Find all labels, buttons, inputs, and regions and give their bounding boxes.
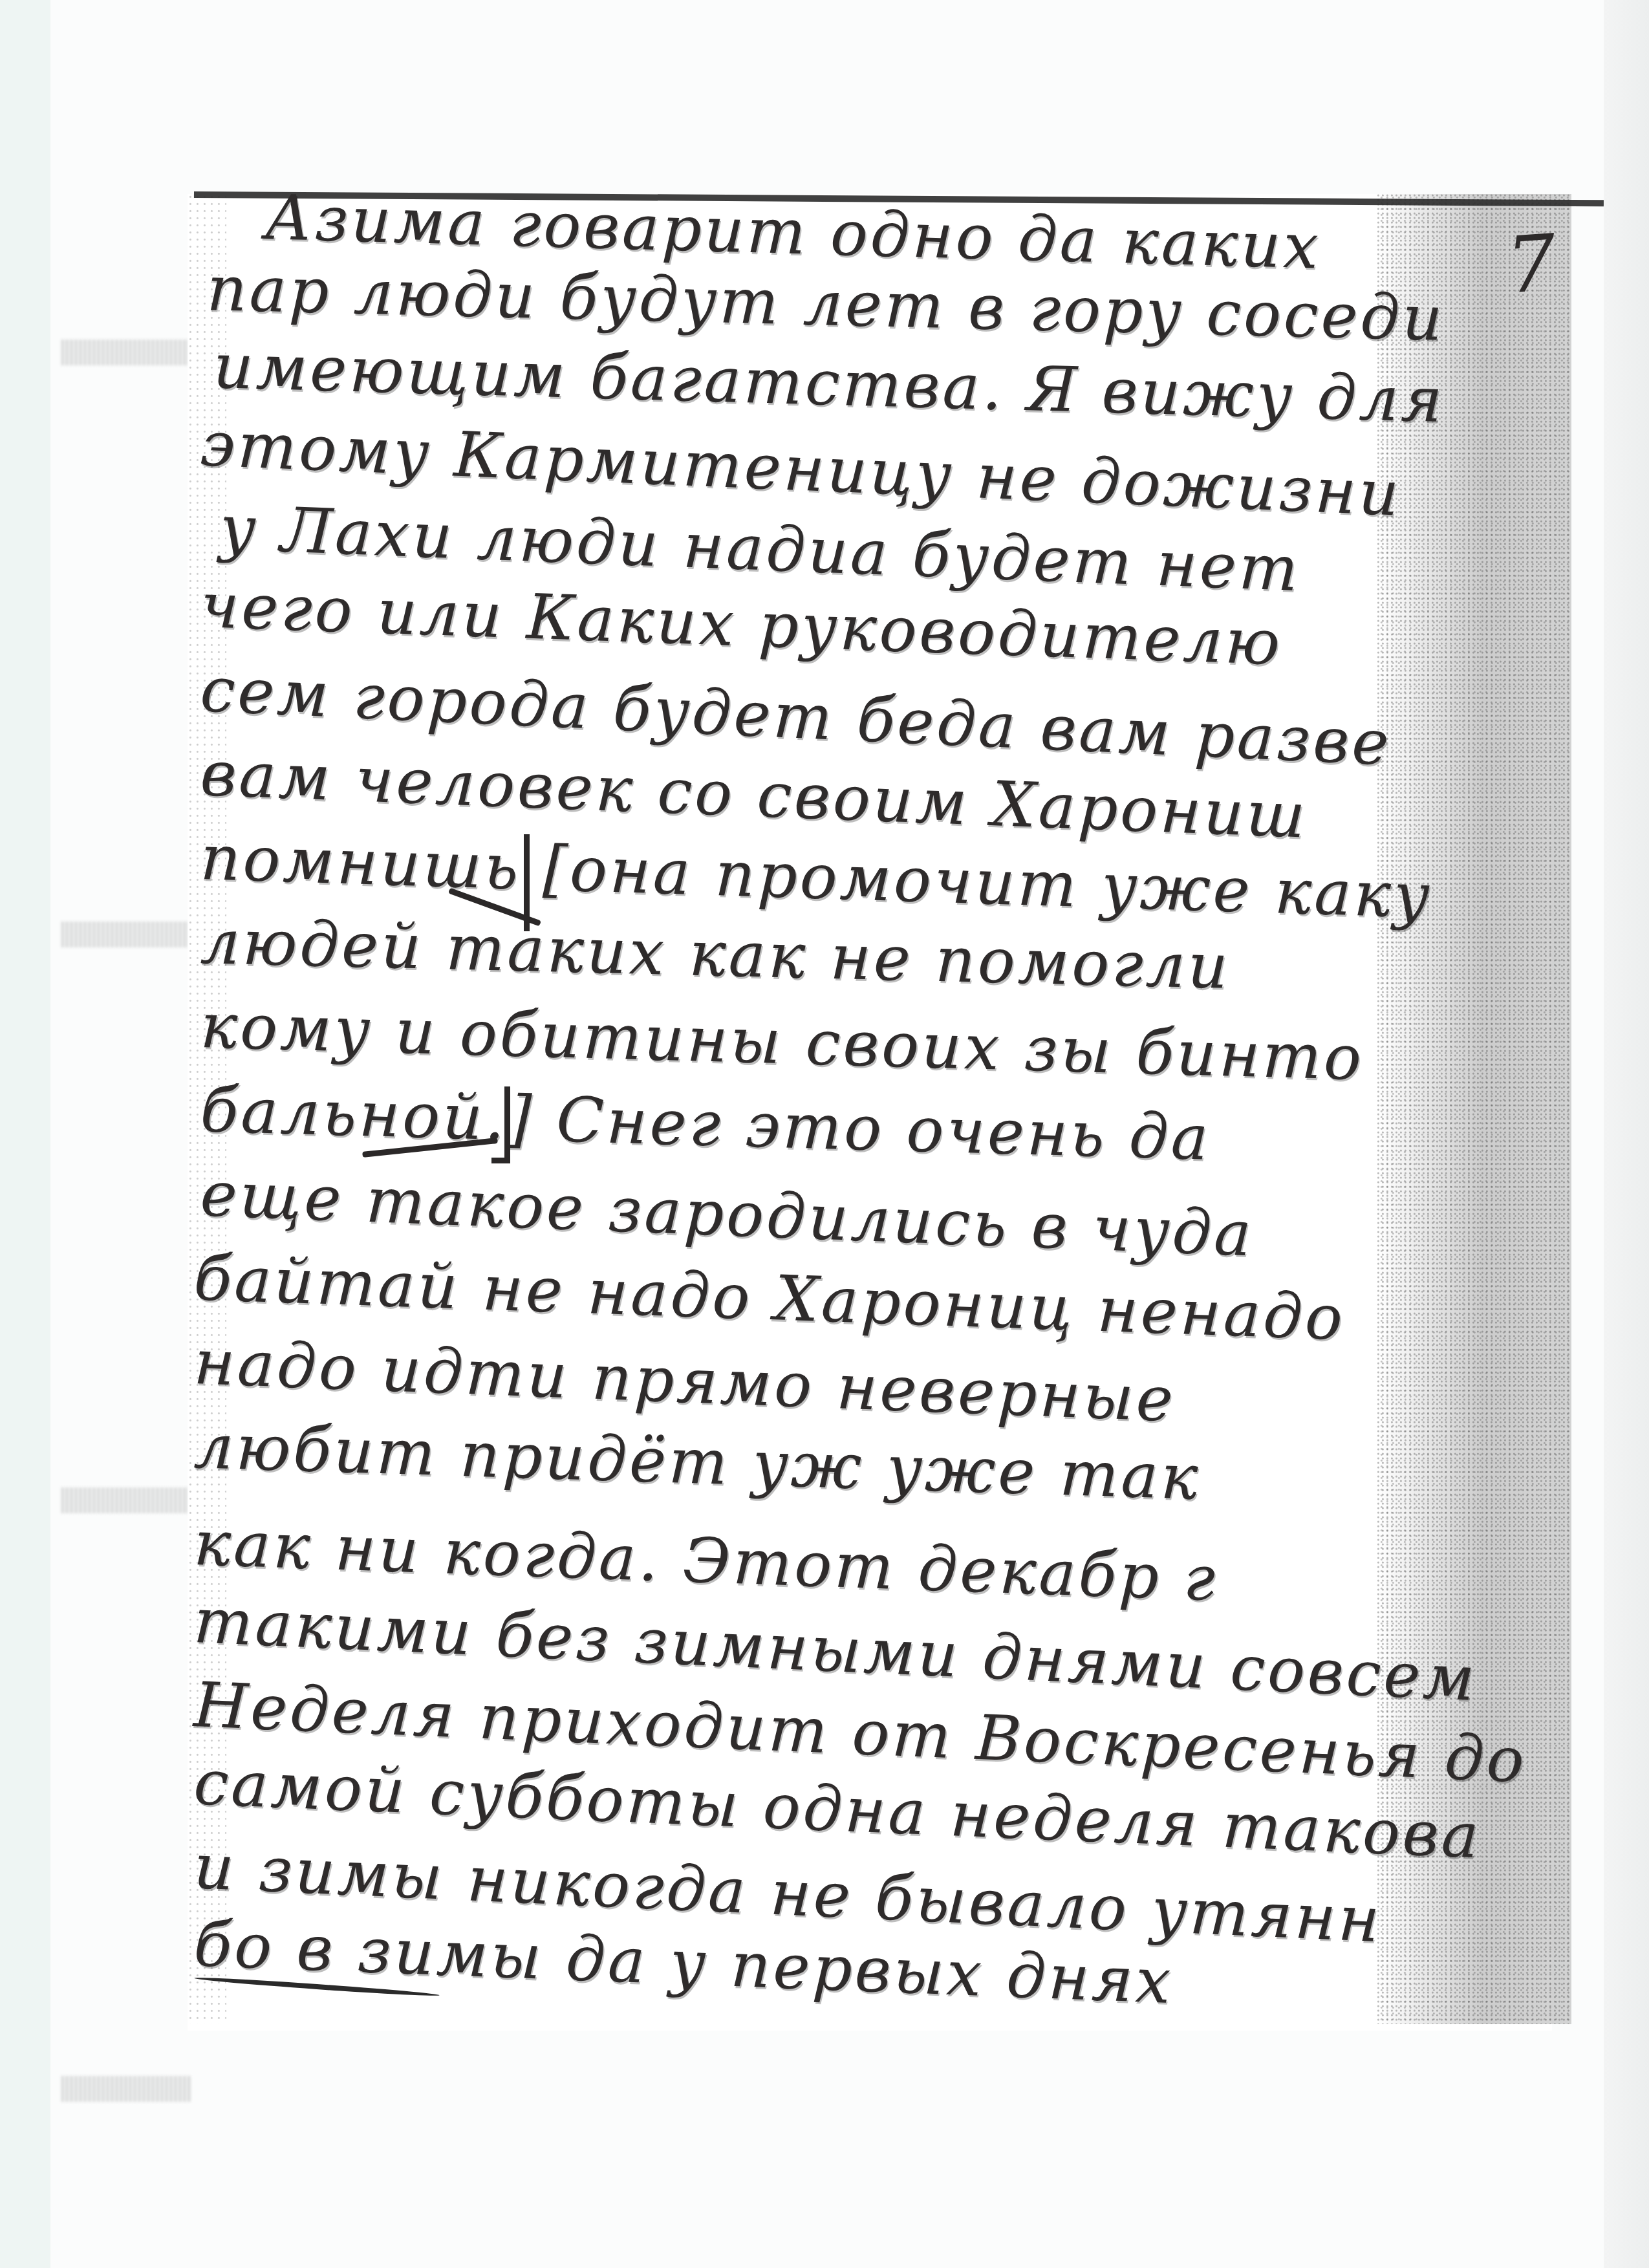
bracket-mark-open	[511, 834, 530, 931]
page-number: 7	[1503, 219, 1559, 312]
scanner-edge-strip	[0, 0, 50, 2268]
scanner-edge-strip-right	[1604, 0, 1649, 2268]
bracket-mark-close	[491, 1086, 510, 1163]
scan-streak	[61, 2076, 191, 2102]
scan-streak	[61, 1487, 204, 1513]
scan-streak	[61, 922, 204, 947]
